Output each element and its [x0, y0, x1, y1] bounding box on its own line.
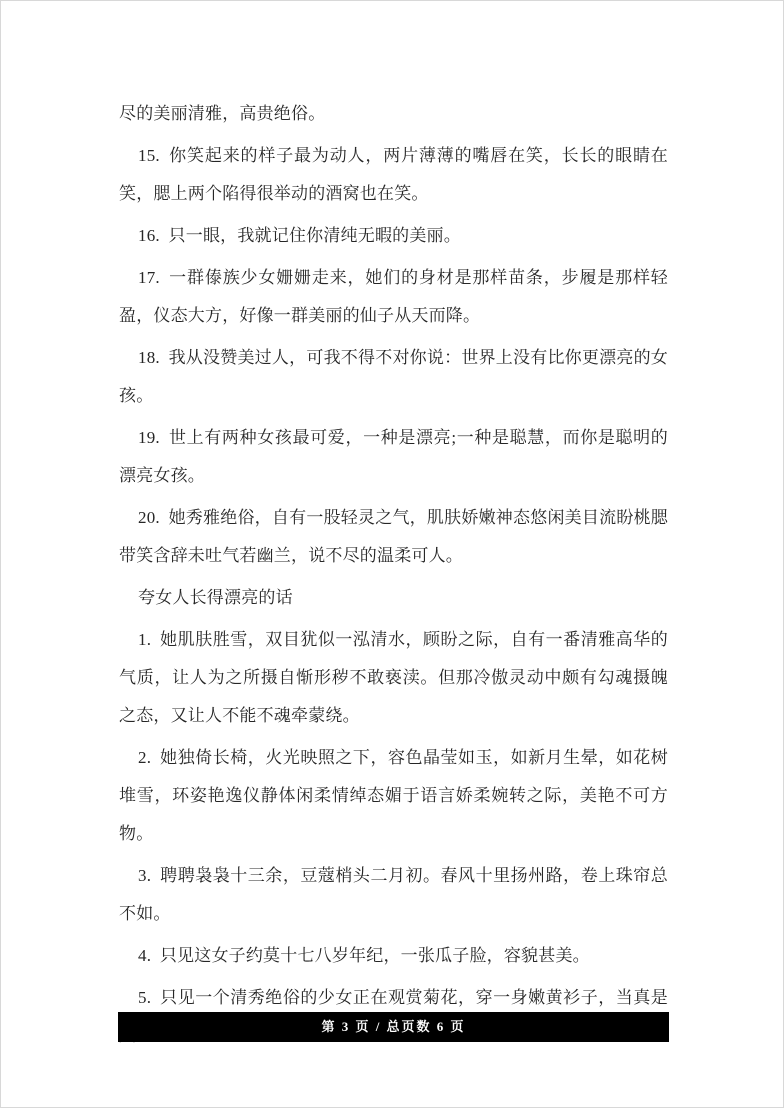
paragraph: 20. 她秀雅绝俗，自有一股轻灵之气，肌肤娇嫩神态悠闲美目流盼桃腮带笑含辞未吐气… [119, 499, 668, 575]
paragraph: 4. 只见这女子约莫十七八岁年纪，一张瓜子脸，容貌甚美。 [119, 937, 668, 975]
page-number-label: 第 3 页 / 总页数 6 页 [321, 1019, 465, 1034]
page-number-bar: 第 3 页 / 总页数 6 页 [118, 1012, 669, 1042]
paragraph: 16. 只一眼，我就记住你清纯无暇的美丽。 [119, 217, 668, 255]
paragraph: 15. 你笑起来的样子最为动人，两片薄薄的嘴唇在笑，长长的眼睛在笑，腮上两个陷得… [119, 137, 668, 213]
paragraph: 尽的美丽清雅，高贵绝俗。 [119, 95, 668, 133]
paragraph: 19. 世上有两种女孩最可爱，一种是漂亮;一种是聪慧，而你是聪明的漂亮女孩。 [119, 419, 668, 495]
paragraph: 2. 她独倚长椅，火光映照之下，容色晶莹如玉，如新月生晕，如花树堆雪，环姿艳逸仪… [119, 739, 668, 853]
paragraph: 夸女人长得漂亮的话 [119, 579, 668, 617]
paragraph: 1. 她肌肤胜雪，双目犹似一泓清水，顾盼之际，自有一番清雅高华的气质，让人为之所… [119, 621, 668, 735]
paragraph: 18. 我从没赞美过人，可我不得不对你说：世界上没有比你更漂亮的女孩。 [119, 339, 668, 415]
document-body: 尽的美丽清雅，高贵绝俗。15. 你笑起来的样子最为动人，两片薄薄的嘴唇在笑，长长… [119, 95, 668, 1059]
document-page: 尽的美丽清雅，高贵绝俗。15. 你笑起来的样子最为动人，两片薄薄的嘴唇在笑，长长… [0, 0, 784, 1108]
paragraph: 17. 一群傣族少女姗姗走来，她们的身材是那样苗条，步履是那样轻盈，仪态大方，好… [119, 259, 668, 335]
paragraph: 3. 聘聘袅袅十三余，豆蔻梢头二月初。春风十里扬州路，卷上珠帘总不如。 [119, 857, 668, 933]
